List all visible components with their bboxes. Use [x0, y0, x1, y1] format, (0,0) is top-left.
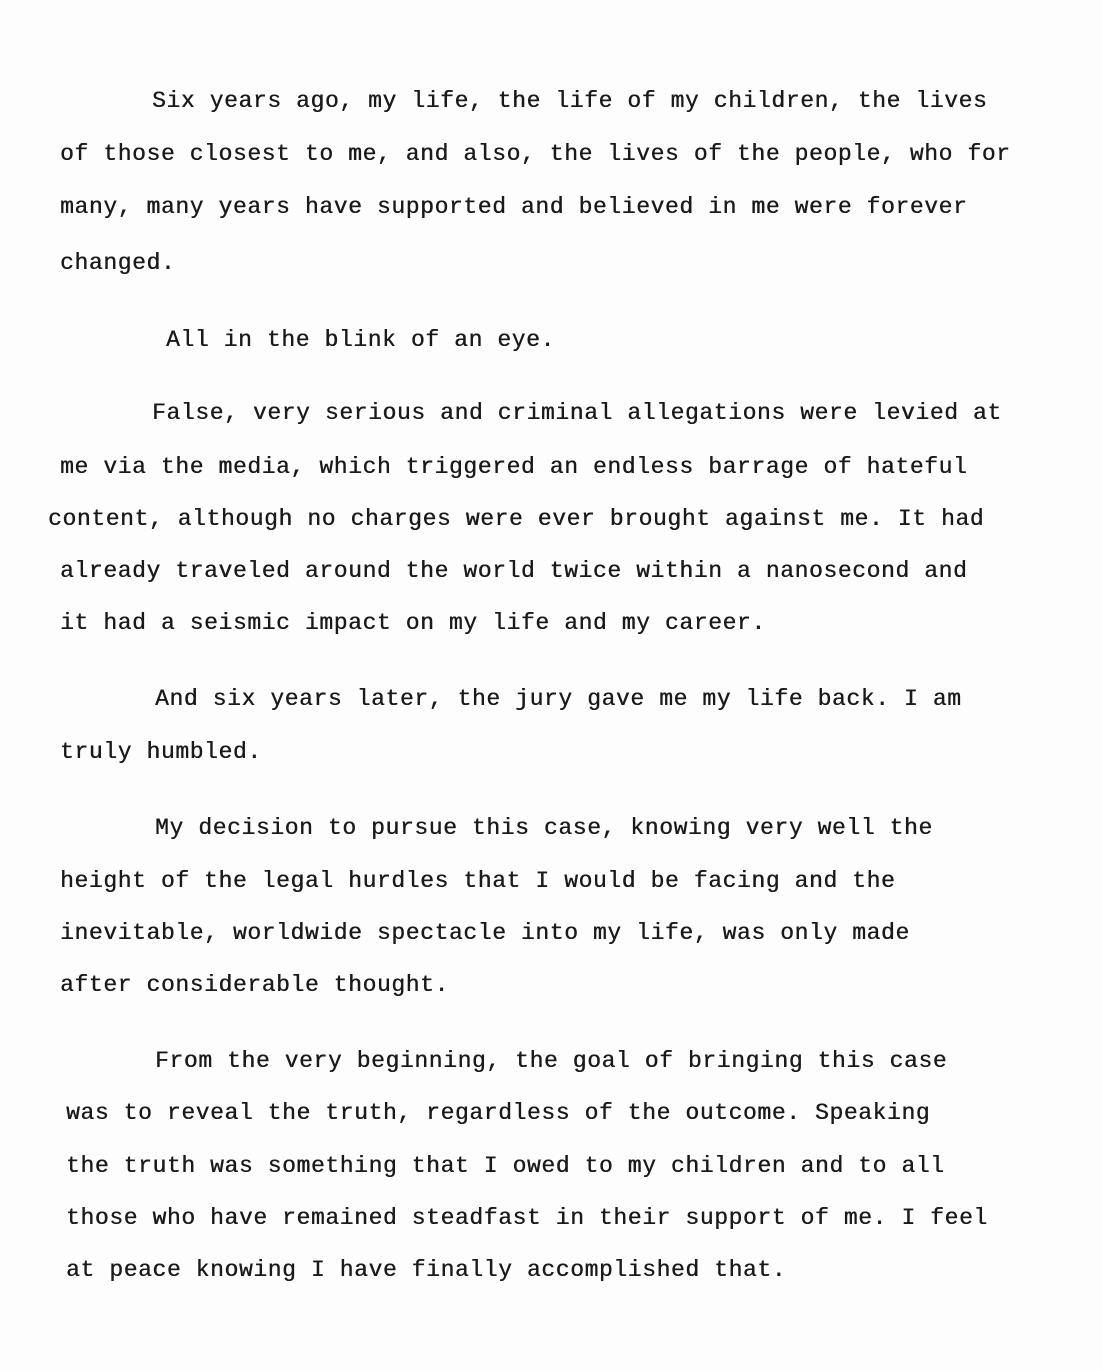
- text-line: False, very serious and criminal allegat…: [152, 400, 1002, 426]
- text-line: of those closest to me, and also, the li…: [60, 141, 1011, 167]
- text-line: From the very beginning, the goal of bri…: [155, 1048, 947, 1074]
- text-line: Six years ago, my life, the life of my c…: [152, 88, 987, 114]
- text-line: already traveled around the world twice …: [60, 558, 967, 584]
- text-line: me via the media, which triggered an end…: [60, 454, 967, 480]
- text-line: content, although no charges were ever b…: [48, 506, 984, 532]
- text-line: the truth was something that I owed to m…: [66, 1153, 945, 1179]
- text-line: truly humbled.: [60, 739, 262, 765]
- text-line: My decision to pursue this case, knowing…: [155, 815, 933, 841]
- text-line: All in the blink of an eye.: [166, 327, 555, 353]
- text-line: many, many years have supported and beli…: [60, 194, 967, 220]
- text-line: changed.: [60, 250, 175, 276]
- text-line: And six years later, the jury gave me my…: [155, 686, 962, 712]
- text-line: after considerable thought.: [60, 972, 449, 998]
- text-line: height of the legal hurdles that I would…: [60, 868, 895, 894]
- text-line: those who have remained steadfast in the…: [66, 1205, 988, 1231]
- text-line: was to reveal the truth, regardless of t…: [66, 1100, 930, 1126]
- text-line: inevitable, worldwide spectacle into my …: [60, 920, 910, 946]
- text-line: it had a seismic impact on my life and m…: [60, 610, 766, 636]
- text-line: at peace knowing I have finally accompli…: [66, 1257, 786, 1283]
- typewritten-page: Six years ago, my life, the life of my c…: [0, 0, 1103, 1371]
